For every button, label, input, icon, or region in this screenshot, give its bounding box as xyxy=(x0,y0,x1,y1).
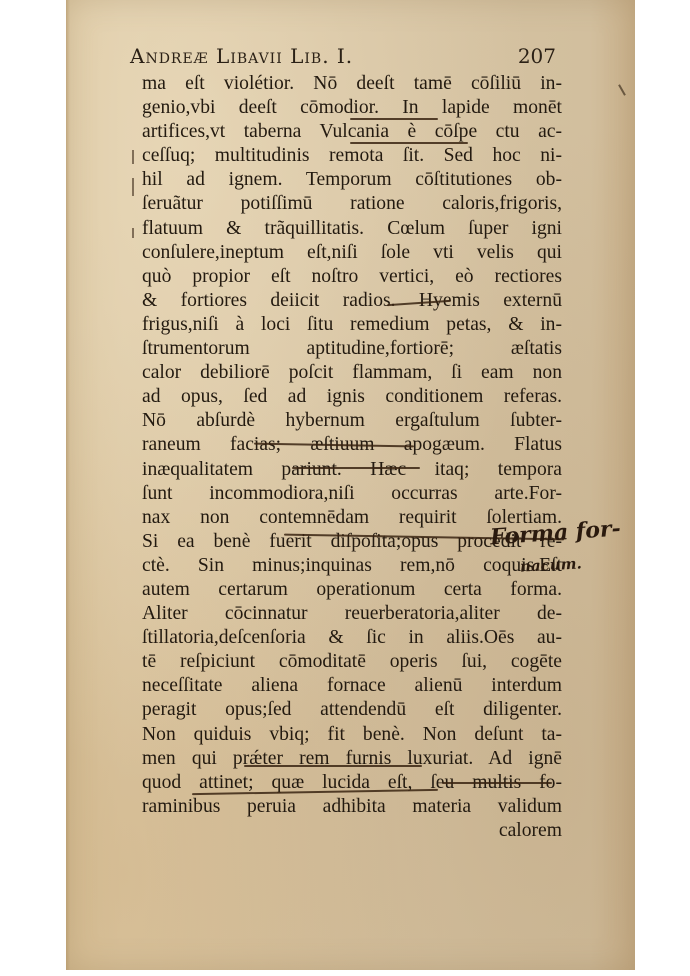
text-line: tē reſpiciunt cōmoditatē operis ſui, cog… xyxy=(142,650,562,674)
text-line: raminibus peruia adhibita materia validu… xyxy=(142,795,562,819)
text-line: ſtrumentorum aptitudine,fortiorē; æſtati… xyxy=(142,337,562,361)
running-head: Andreæ Libavii Lib. I. 207 xyxy=(130,44,570,68)
text-line: frigus,niſi à loci ſitu remedium petas, … xyxy=(142,313,562,337)
text-line: inæqualitatem pariunt. Hæc itaq; tempora xyxy=(142,458,562,482)
edge-mark xyxy=(132,178,134,196)
edge-mark xyxy=(132,150,134,164)
text-line: ſunt incommodiora,niſi occurras arte.For… xyxy=(142,482,562,506)
text-line: calor debiliorē poſcit flammam, ſi eam n… xyxy=(142,361,562,385)
margin-tick-mark xyxy=(618,84,626,95)
text-line: Nō abſurdè hybernum ergaſtulum ſubter- xyxy=(142,409,562,433)
text-line: ma eſt violétior. Nō deeſt tamē cōſiliū … xyxy=(142,72,562,96)
manuscript-margin-note-line2: nacum. xyxy=(520,554,583,575)
text-line: artifices,vt taberna Vulcania è cōſpe ct… xyxy=(142,120,562,144)
ink-underline xyxy=(244,765,422,767)
page-number: 207 xyxy=(518,44,556,68)
text-line: quò propior eſt noſtro vertici, eò recti… xyxy=(142,265,562,289)
running-head-title: Andreæ Libavii Lib. I. xyxy=(130,44,353,68)
text-line: Non quiduis vbiq; fit benè. Non deſunt t… xyxy=(142,723,562,747)
text-line: genio,vbi deeſt cōmodior. In lapide monē… xyxy=(142,96,562,120)
text-line: peragit opus;ſed attendendū eſt diligent… xyxy=(142,698,562,722)
text-line: Aliter cōcinnatur reuerberatoria,aliter … xyxy=(142,602,562,626)
text-line: autem certarum operationum certa forma. xyxy=(142,578,562,602)
ink-overline xyxy=(442,782,552,784)
ink-underline xyxy=(350,142,468,144)
text-line: flatuum & trãquillitatis. Cœlum ſuper ig… xyxy=(142,217,562,241)
text-line: men qui prǽter rem furnis luxuriat. Ad i… xyxy=(142,747,562,771)
book-page: Andreæ Libavii Lib. I. 207 ma eſt violét… xyxy=(66,0,635,970)
ink-underline xyxy=(292,467,420,469)
text-line: ſeruãtur potiſſimū ratione caloris,frigo… xyxy=(142,192,562,216)
text-line: ctè. Sin minus;inquinas rem,nō coquis.Eſ… xyxy=(142,554,562,578)
text-line: neceſſitate aliena fornace alienū interd… xyxy=(142,674,562,698)
ink-underline xyxy=(350,118,438,120)
text-line: ad opus, ſed ad ignis conditionem refera… xyxy=(142,385,562,409)
body-text: ma eſt violétior. Nō deeſt tamē cōſiliū … xyxy=(142,72,562,843)
catchword: calorem xyxy=(142,819,562,843)
text-line: ceſſuq; multitudinis remota ſit. Sed hoc… xyxy=(142,144,562,168)
text-line: hil ad ignem. Temporum cōſtitutiones ob- xyxy=(142,168,562,192)
text-line: & fortiores deiicit radios. Hyemis exter… xyxy=(142,289,562,313)
edge-mark xyxy=(132,228,134,238)
text-line: ſtillatoria,deſcenſoria & ſic in aliis.O… xyxy=(142,626,562,650)
text-line: conſulere,ineptum eſt,niſi ſole vti veli… xyxy=(142,241,562,265)
